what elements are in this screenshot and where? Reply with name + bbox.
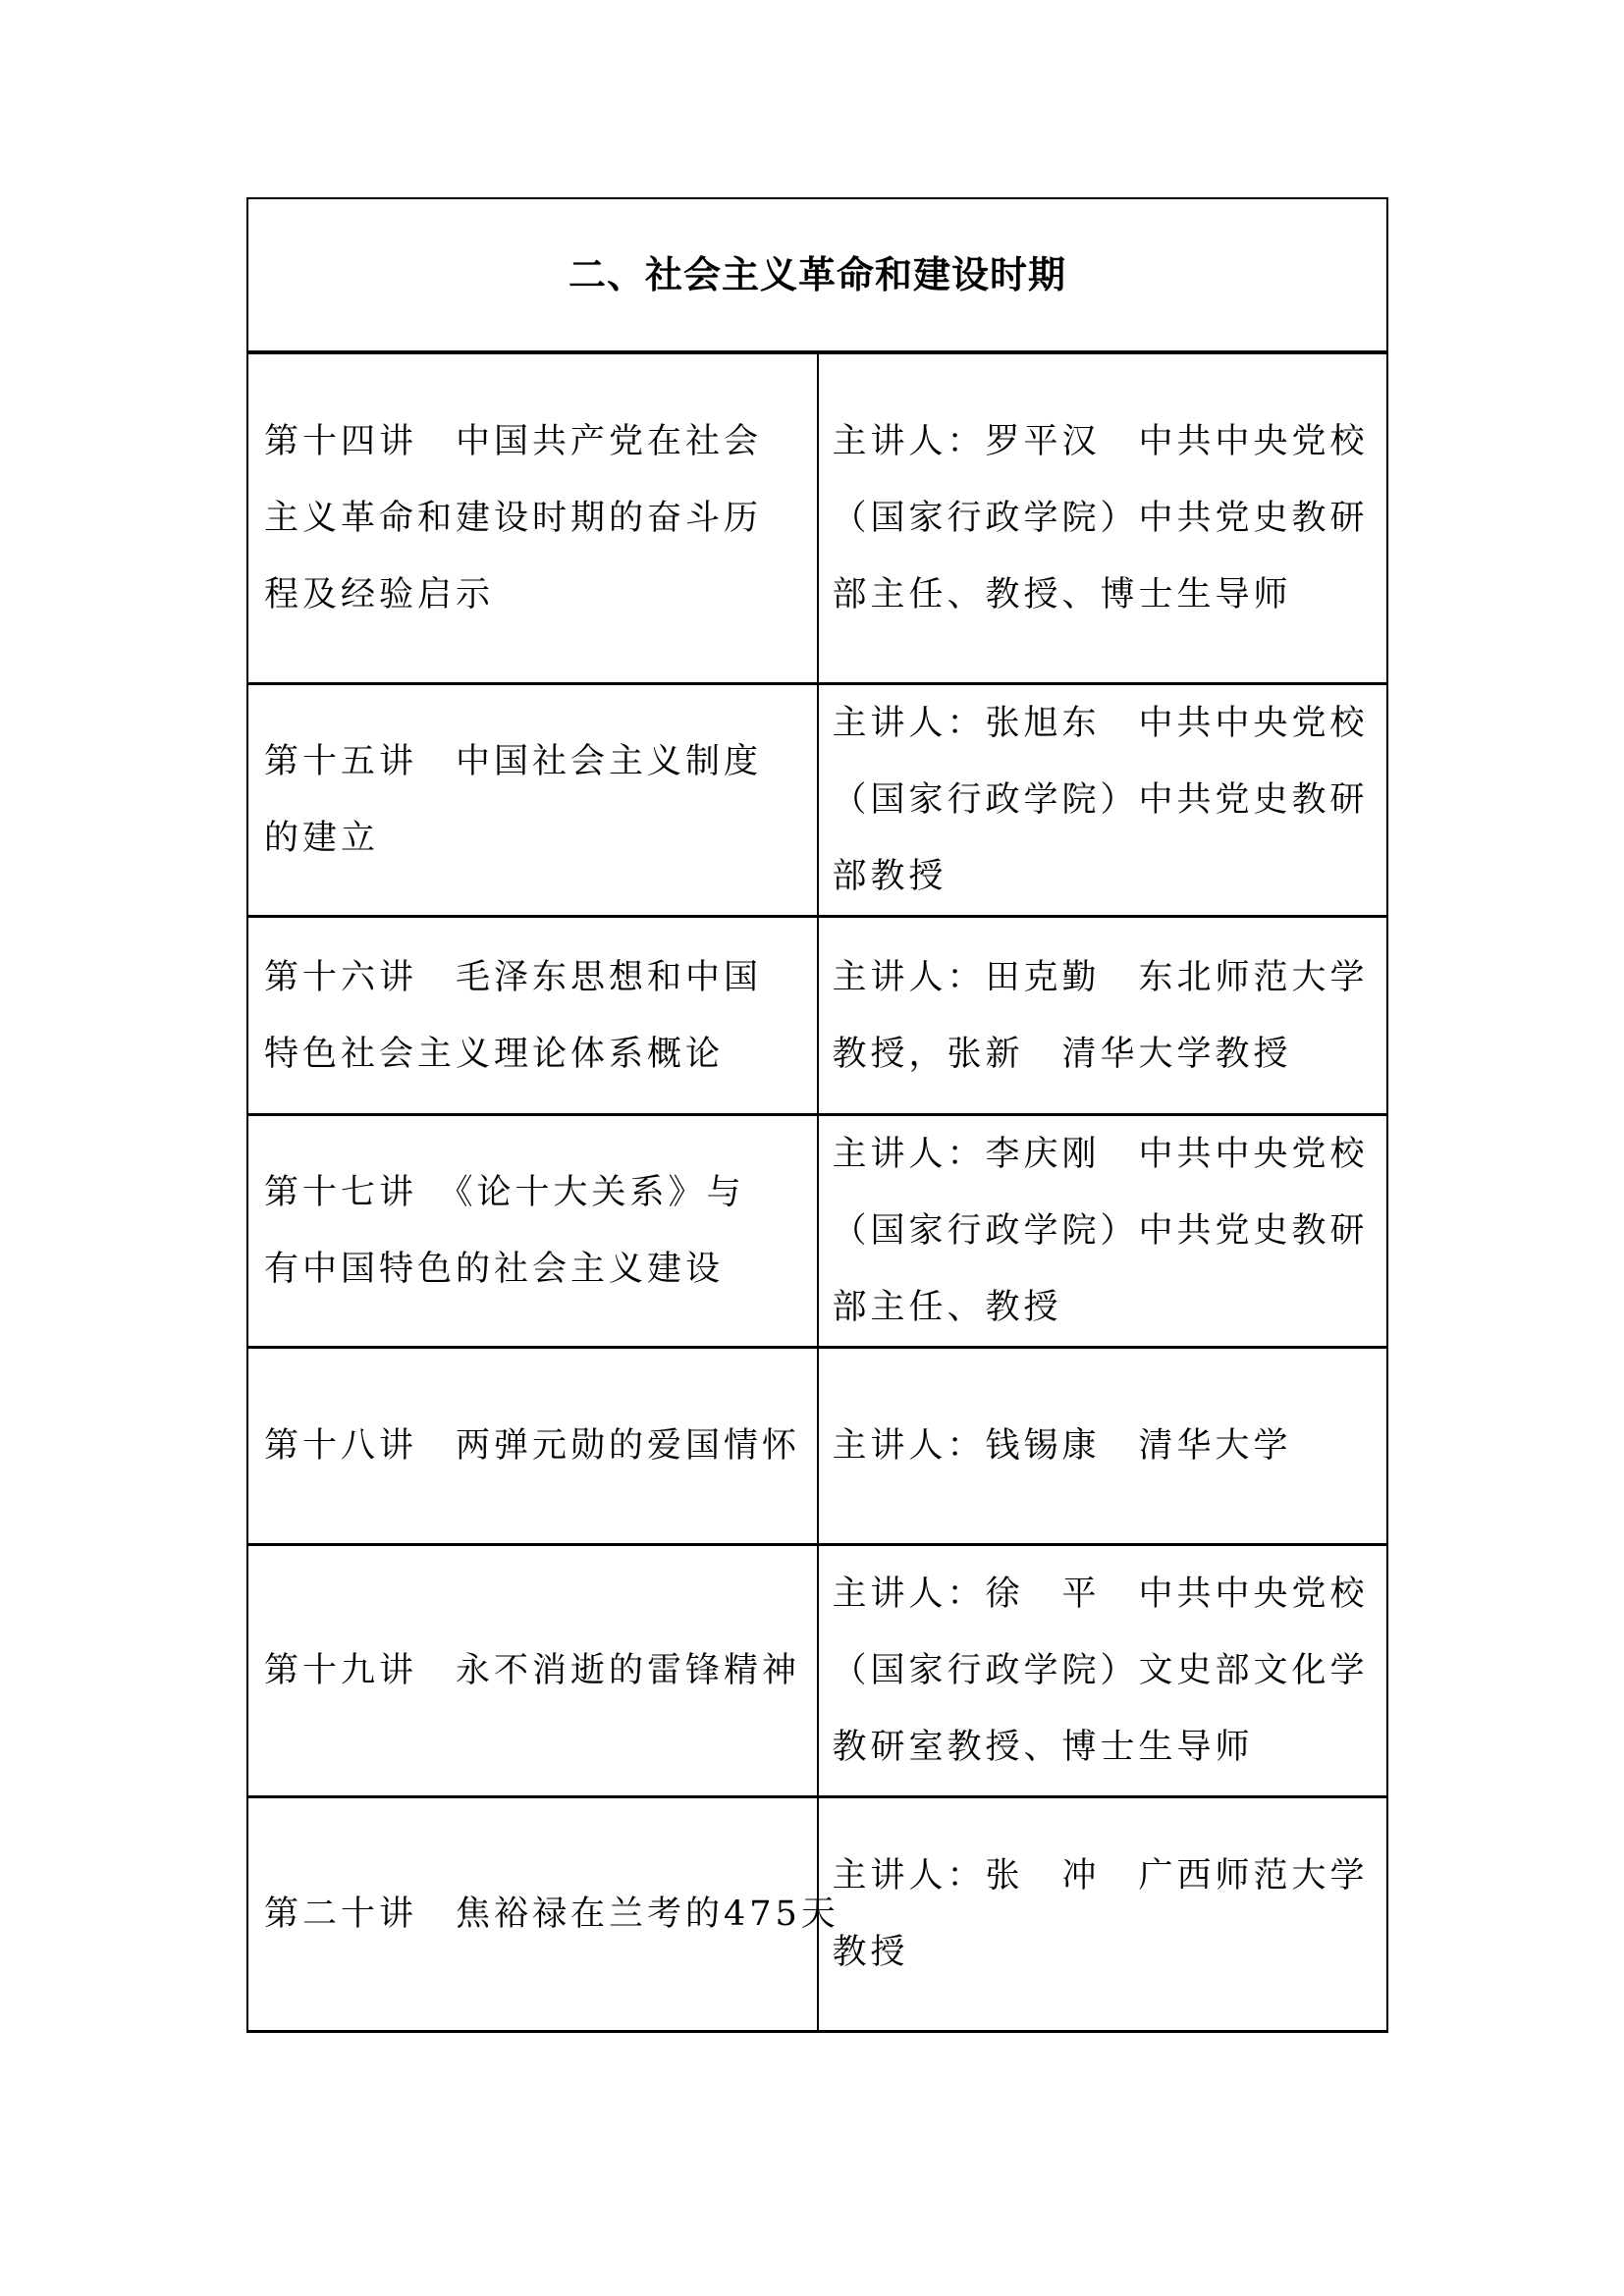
lecture-title-line: 第十八讲 两弹元勋的爱国情怀	[264, 1408, 801, 1484]
lecturer-cell: 主讲人：徐 平 中共中央党校 （国家行政学院）文史部文化学 教研室教授、博士生导…	[818, 1545, 1388, 1797]
table-row: 第十五讲 中国社会主义制度 的建立 主讲人：张旭东 中共中央党校 （国家行政学院…	[247, 684, 1387, 917]
table-row: 第十六讲 毛泽东思想和中国 特色社会主义理论体系概论 主讲人：田克勤 东北师范大…	[247, 917, 1387, 1115]
lecturer-line: （国家行政学院）中共党史教研	[833, 480, 1378, 557]
lecture-title-line: 特色社会主义理论体系概论	[264, 1016, 801, 1093]
lecture-title-line: 主义革命和建设时期的奋斗历	[264, 480, 801, 557]
lecturer-cell: 主讲人：李庆刚 中共中央党校 （国家行政学院）中共党史教研 部主任、教授	[818, 1115, 1388, 1348]
table-row: 第十八讲 两弹元勋的爱国情怀 主讲人：钱锡康 清华大学	[247, 1348, 1387, 1545]
lecturer-line: 部教授	[833, 838, 1378, 915]
lecturer-line: 主讲人：钱锡康 清华大学	[833, 1408, 1378, 1484]
table-row: 第十四讲 中国共产党在社会 主义革命和建设时期的奋斗历 程及经验启示 主讲人：罗…	[247, 352, 1387, 684]
lecturer-line: 教授，张新 清华大学教授	[833, 1016, 1378, 1093]
lecturer-cell: 主讲人：张 冲 广西师范大学 教授	[818, 1797, 1388, 2032]
lecture-title-cell: 第十七讲 《论十大关系》与 有中国特色的社会主义建设	[247, 1115, 818, 1348]
lecturer-cell: 主讲人：张旭东 中共中央党校 （国家行政学院）中共党史教研 部教授	[818, 684, 1388, 917]
lecturer-line: 主讲人：李庆刚 中共中央党校	[833, 1116, 1378, 1193]
lecture-title-line: 第二十讲 焦裕禄在兰考的475天	[264, 1876, 801, 1952]
lecture-title-line: 第十四讲 中国共产党在社会	[264, 403, 801, 480]
lecture-title-line: 有中国特色的社会主义建设	[264, 1231, 801, 1308]
table-row: 第十九讲 永不消逝的雷锋精神 主讲人：徐 平 中共中央党校 （国家行政学院）文史…	[247, 1545, 1387, 1797]
table-row: 第二十讲 焦裕禄在兰考的475天 主讲人：张 冲 广西师范大学 教授	[247, 1797, 1387, 2032]
lecturer-line: （国家行政学院）中共党史教研	[833, 1193, 1378, 1269]
lecture-schedule-table: 二、社会主义革命和建设时期 第十四讲 中国共产党在社会 主义革命和建设时期的奋斗…	[246, 197, 1388, 2033]
lecture-title-cell: 第十九讲 永不消逝的雷锋精神	[247, 1545, 818, 1797]
lecturer-line: 主讲人：徐 平 中共中央党校	[833, 1556, 1378, 1632]
lecturer-line: 部主任、教授	[833, 1269, 1378, 1346]
lecturer-line: （国家行政学院）中共党史教研	[833, 762, 1378, 838]
lecture-title-line: 第十七讲 《论十大关系》与	[264, 1154, 801, 1231]
lecture-title-cell: 第十六讲 毛泽东思想和中国 特色社会主义理论体系概论	[247, 917, 818, 1115]
lecturer-line: 教研室教授、博士生导师	[833, 1709, 1378, 1786]
lecture-title-line: 第十六讲 毛泽东思想和中国	[264, 939, 801, 1016]
lecturer-cell: 主讲人：田克勤 东北师范大学 教授，张新 清华大学教授	[818, 917, 1388, 1115]
document-page: 二、社会主义革命和建设时期 第十四讲 中国共产党在社会 主义革命和建设时期的奋斗…	[0, 0, 1624, 2296]
lecturer-cell: 主讲人：钱锡康 清华大学	[818, 1348, 1388, 1545]
section-title-row: 二、社会主义革命和建设时期	[247, 198, 1387, 352]
lecture-title-cell: 第十五讲 中国社会主义制度 的建立	[247, 684, 818, 917]
lecturer-line: （国家行政学院）文史部文化学	[833, 1632, 1378, 1709]
lecturer-cell: 主讲人：罗平汉 中共中央党校 （国家行政学院）中共党史教研 部主任、教授、博士生…	[818, 352, 1388, 684]
lecturer-line: 教授	[833, 1914, 1378, 1991]
table-row: 第十七讲 《论十大关系》与 有中国特色的社会主义建设 主讲人：李庆刚 中共中央党…	[247, 1115, 1387, 1348]
section-title: 二、社会主义革命和建设时期	[247, 198, 1387, 352]
lecturer-line: 主讲人：张旭东 中共中央党校	[833, 685, 1378, 762]
lecture-title-cell: 第十八讲 两弹元勋的爱国情怀	[247, 1348, 818, 1545]
lecturer-line: 主讲人：田克勤 东北师范大学	[833, 939, 1378, 1016]
lecture-title-cell: 第二十讲 焦裕禄在兰考的475天	[247, 1797, 818, 2032]
lecture-title-cell: 第十四讲 中国共产党在社会 主义革命和建设时期的奋斗历 程及经验启示	[247, 352, 818, 684]
lecture-title-line: 的建立	[264, 800, 801, 877]
lecturer-line: 部主任、教授、博士生导师	[833, 557, 1378, 633]
lecture-title-line: 第十九讲 永不消逝的雷锋精神	[264, 1632, 801, 1709]
lecture-title-line: 第十五讲 中国社会主义制度	[264, 723, 801, 800]
lecture-title-line: 程及经验启示	[264, 557, 801, 633]
lecturer-line: 主讲人：罗平汉 中共中央党校	[833, 403, 1378, 480]
lecturer-line: 主讲人：张 冲 广西师范大学	[833, 1838, 1378, 1914]
